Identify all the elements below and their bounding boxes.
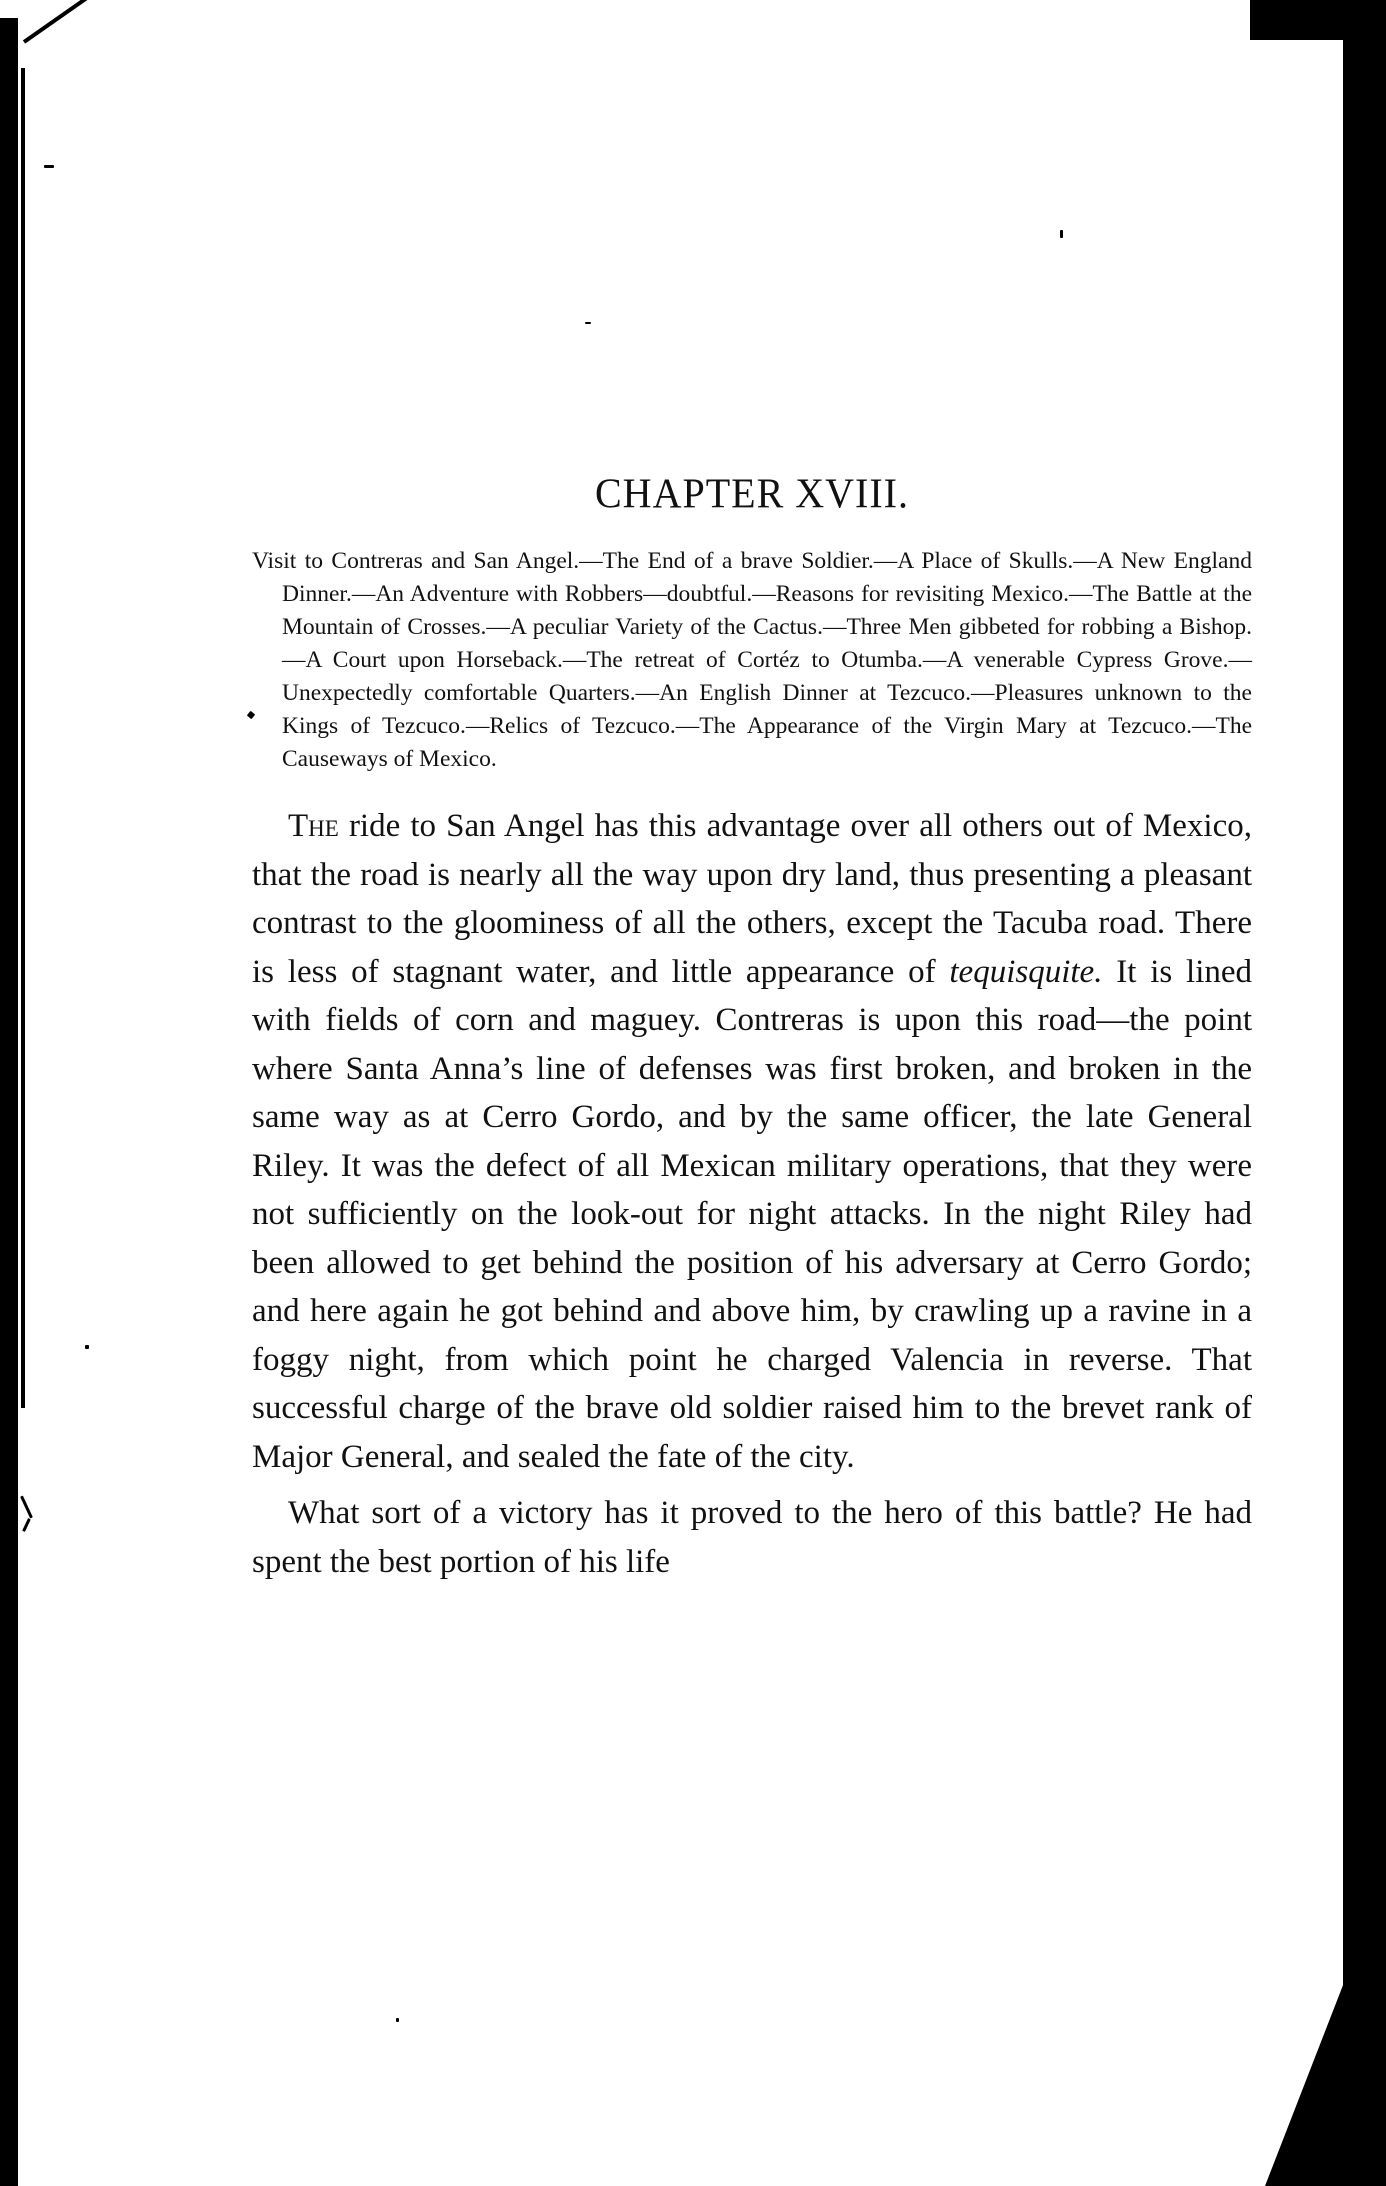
- scan-speck: [22, 1518, 31, 1532]
- body-paragraph: What sort of a victory has it proved to …: [252, 1489, 1252, 1586]
- book-page: CHAPTER XVIII. Visit to Contreras and Sa…: [252, 470, 1252, 1586]
- lead-word: The: [288, 808, 339, 844]
- scan-speck: [1060, 230, 1063, 238]
- scan-speck: [20, 1495, 33, 1518]
- chapter-title: CHAPTER XVIII.: [252, 469, 1252, 518]
- scan-speck: [44, 165, 54, 168]
- scan-border-bottom-right: [1265, 1980, 1345, 2186]
- scan-speck: [585, 322, 591, 324]
- chapter-synopsis: Visit to Contreras and San Angel.—The En…: [252, 545, 1252, 776]
- paragraph-text: It is lined with fields of corn and magu…: [252, 954, 1252, 1475]
- scan-border-left: [0, 18, 18, 2186]
- scan-speck: [85, 1345, 89, 1349]
- italic-term: tequisquite.: [949, 954, 1102, 990]
- scan-speck: [396, 2018, 399, 2022]
- scan-border-right: [1343, 0, 1386, 2186]
- scan-corner-stroke: [23, 0, 99, 44]
- body-paragraph: The ride to San Angel has this advantage…: [252, 802, 1252, 1481]
- scan-edge-line-left: [21, 68, 25, 1408]
